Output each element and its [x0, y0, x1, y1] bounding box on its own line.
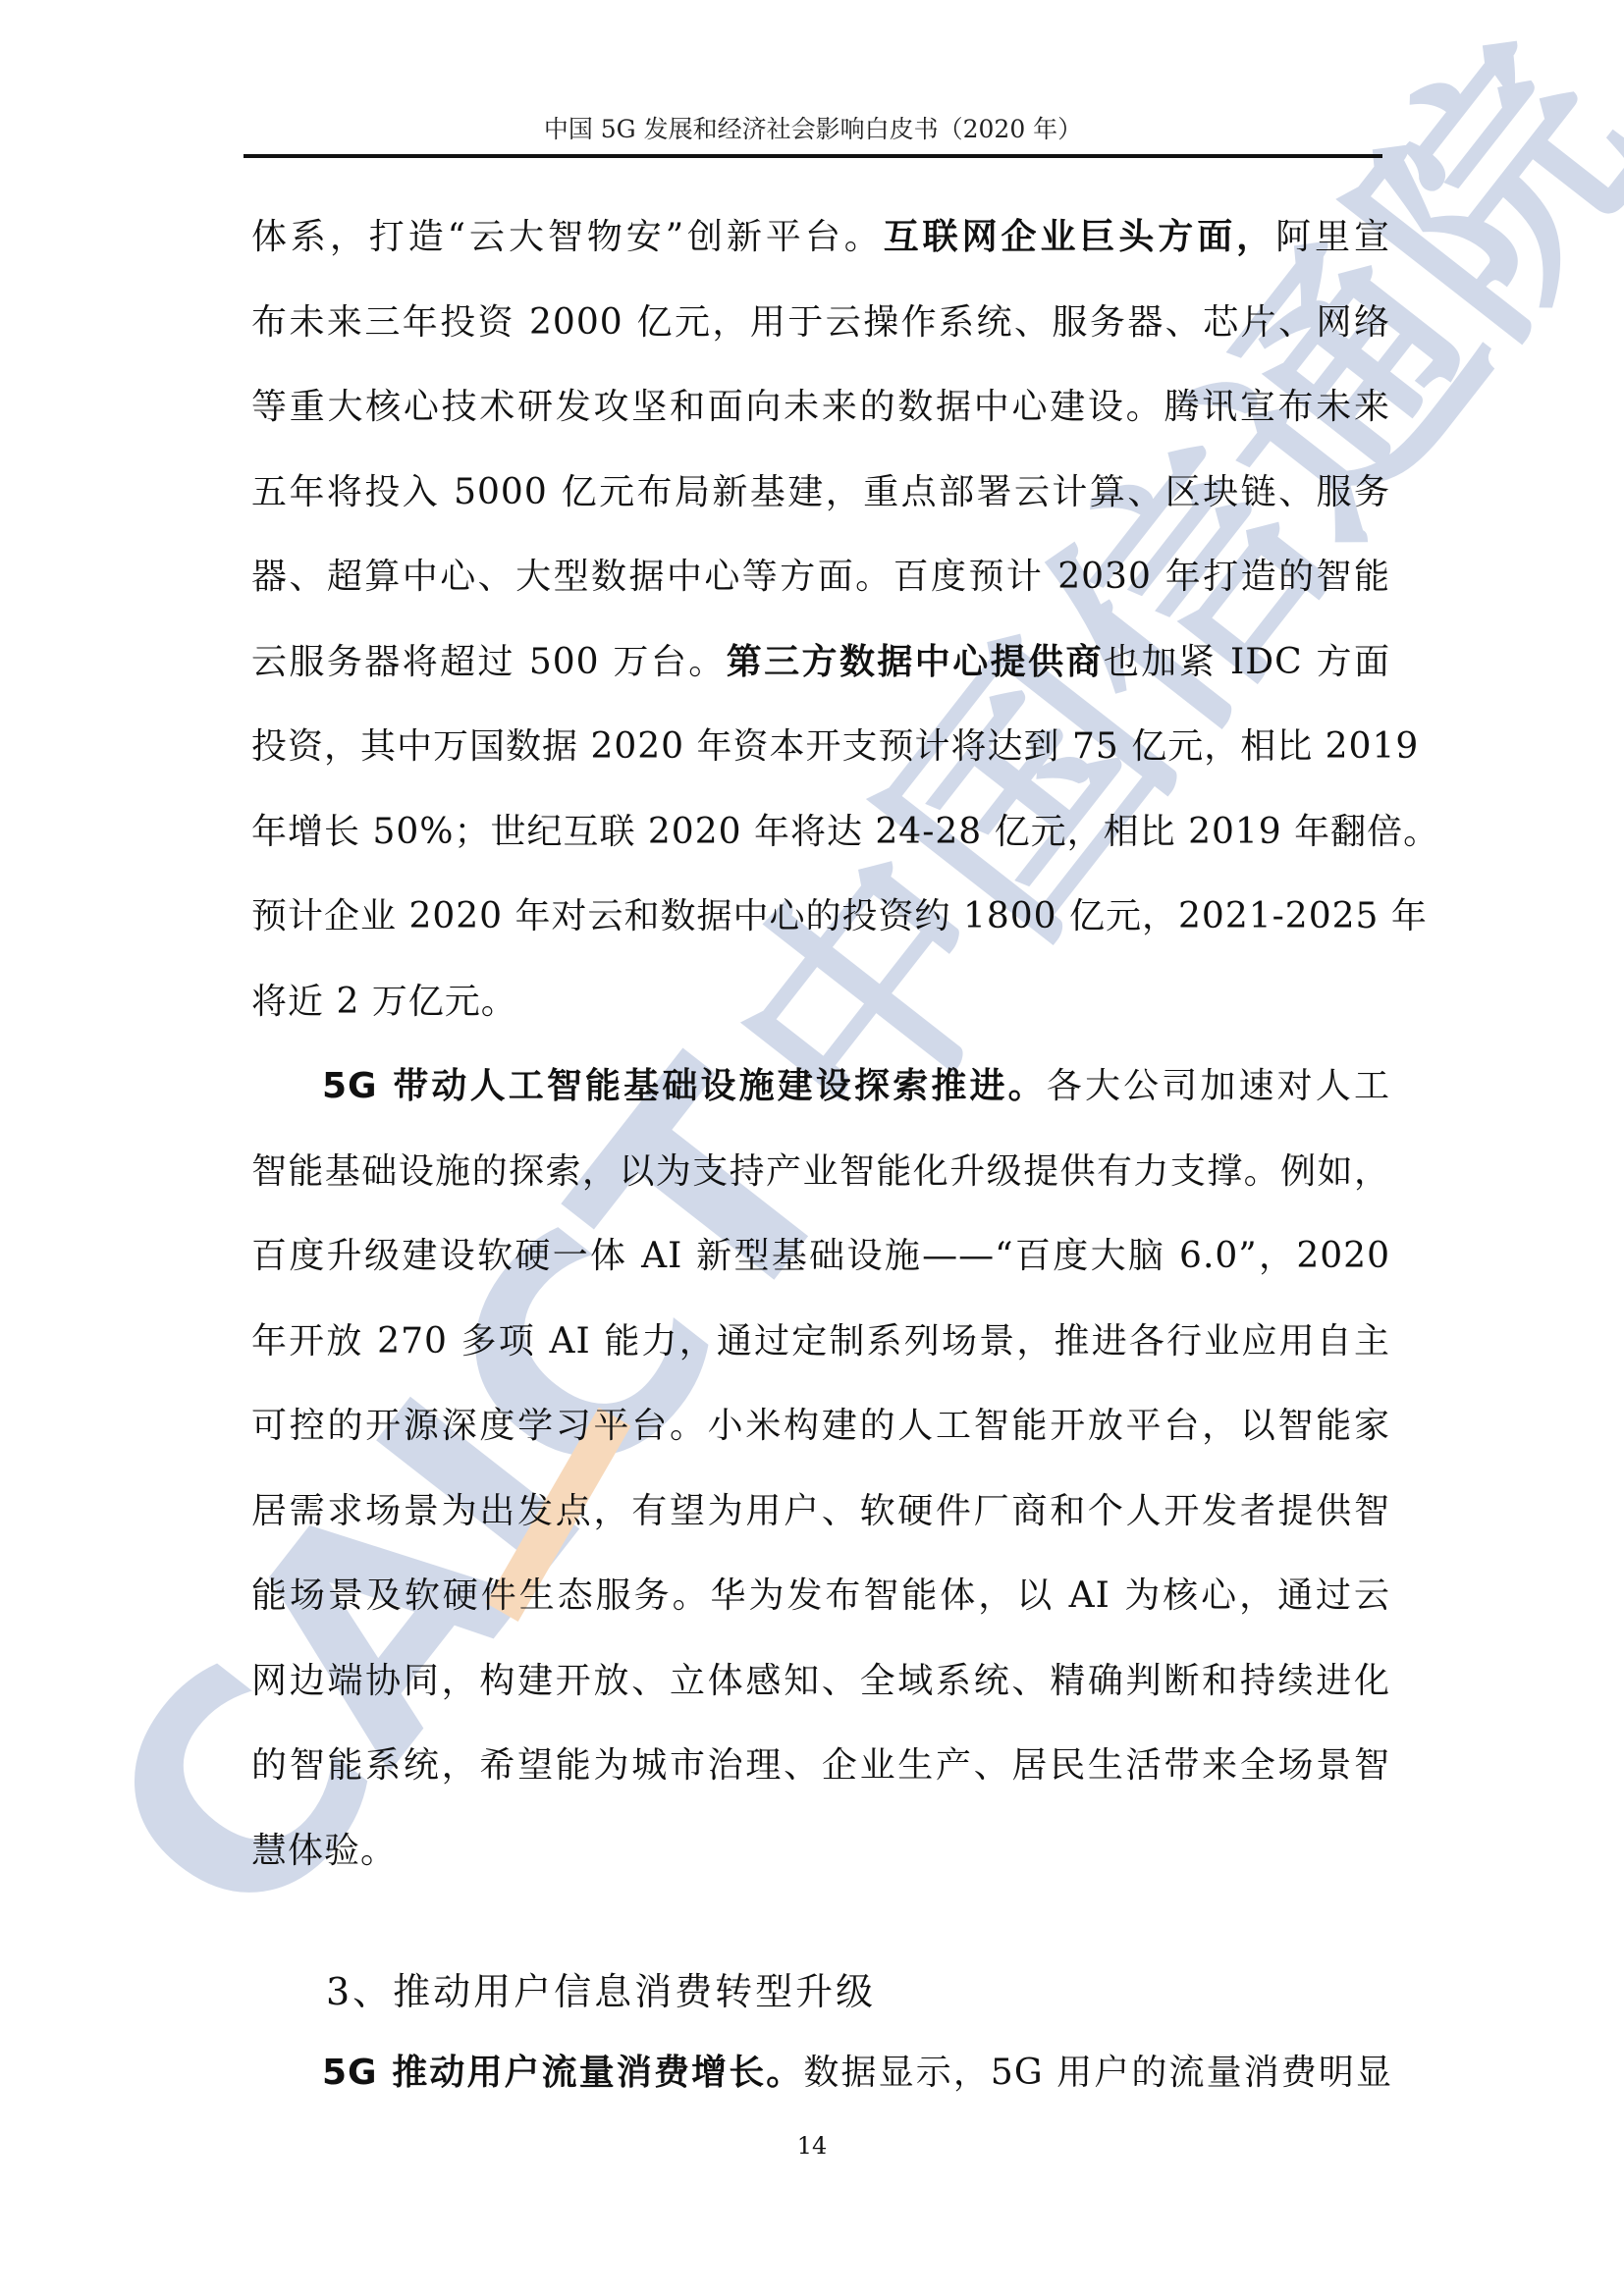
- bold-lead: 5G 推动用户流量消费增长。: [322, 2053, 803, 2093]
- text-line: 5G 推动用户流量消费增长。数据显示，5G 用户的流量消费明显: [322, 2045, 1392, 2095]
- text-line: 居需求场景为出发点，有望为用户、软硬件厂商和个人开发者提供智: [251, 1482, 1390, 1568]
- text-line: 百度升级建设软硬一体 AI 新型基础设施——“百度大脑 6.0”，2020: [251, 1227, 1390, 1312]
- text-line: 年开放 270 多项 AI 能力，通过定制系列场景，推进各行业应用自主: [251, 1312, 1390, 1398]
- text-line: 布未来三年投资 2000 亿元，用于云操作系统、服务器、芯片、网络: [251, 294, 1390, 379]
- text-line: 网边端协同，构建开放、立体感知、全域系统、精确判断和持续进化: [251, 1652, 1390, 1737]
- text-line: 的智能系统，希望能为城市治理、企业生产、居民生活带来全场景智: [251, 1736, 1390, 1822]
- text-line: 慧体验。: [251, 1822, 1390, 1907]
- section-heading: 3、推动用户信息消费转型升级: [326, 1961, 876, 2015]
- text-line: 体系，打造“云大智物安”创新平台。互联网企业巨头方面，阿里宣: [251, 208, 1390, 294]
- running-header: 中国 5G 发展和经济社会影响白皮书（2020 年）: [244, 110, 1382, 145]
- text-line: 等重大核心技术研发攻坚和面向未来的数据中心建设。腾讯宣布未来: [251, 378, 1390, 463]
- bold-phrase: 第三方数据中心提供商: [727, 642, 1104, 682]
- bold-lead: 5G 带动人工智能基础设施建设探索推进。: [322, 1066, 1047, 1106]
- body-text: 体系，打造“云大智物安”创新平台。互联网企业巨头方面，阿里宣 布未来三年投资 2…: [251, 208, 1390, 1906]
- text-line: 云服务器将超过 500 万台。第三方数据中心提供商也加紧 IDC 方面: [251, 633, 1390, 719]
- text-line: 年增长 50%；世纪互联 2020 年将达 24-28 亿元，相比 2019 年…: [251, 803, 1390, 888]
- text-line: 预计企业 2020 年对云和数据中心的投资约 1800 亿元，2021-2025…: [251, 887, 1390, 973]
- text-line: 能场景及软硬件生态服务。华为发布智能体，以 AI 为核心，通过云: [251, 1567, 1390, 1652]
- page-number: 14: [0, 2132, 1624, 2160]
- text-line: 智能基础设施的探索，以为支持产业智能化升级提供有力支撑。例如，: [251, 1143, 1390, 1228]
- bold-phrase: 互联网企业巨头方面，: [884, 217, 1275, 257]
- text-line: 可控的开源深度学习平台。小米构建的人工智能开放平台，以智能家: [251, 1397, 1390, 1482]
- header-divider: [244, 154, 1382, 158]
- text-line: 将近 2 万亿元。: [251, 973, 1390, 1058]
- text-line: 投资，其中万国数据 2020 年资本开支预计将达到 75 亿元，相比 2019: [251, 718, 1390, 803]
- text-line: 器、超算中心、大型数据中心等方面。百度预计 2030 年打造的智能: [251, 548, 1390, 633]
- text-line: 5G 带动人工智能基础设施建设探索推进。各大公司加速对人工: [251, 1057, 1390, 1143]
- text-line: 五年将投入 5000 亿元布局新基建，重点部署云计算、区块链、服务: [251, 463, 1390, 549]
